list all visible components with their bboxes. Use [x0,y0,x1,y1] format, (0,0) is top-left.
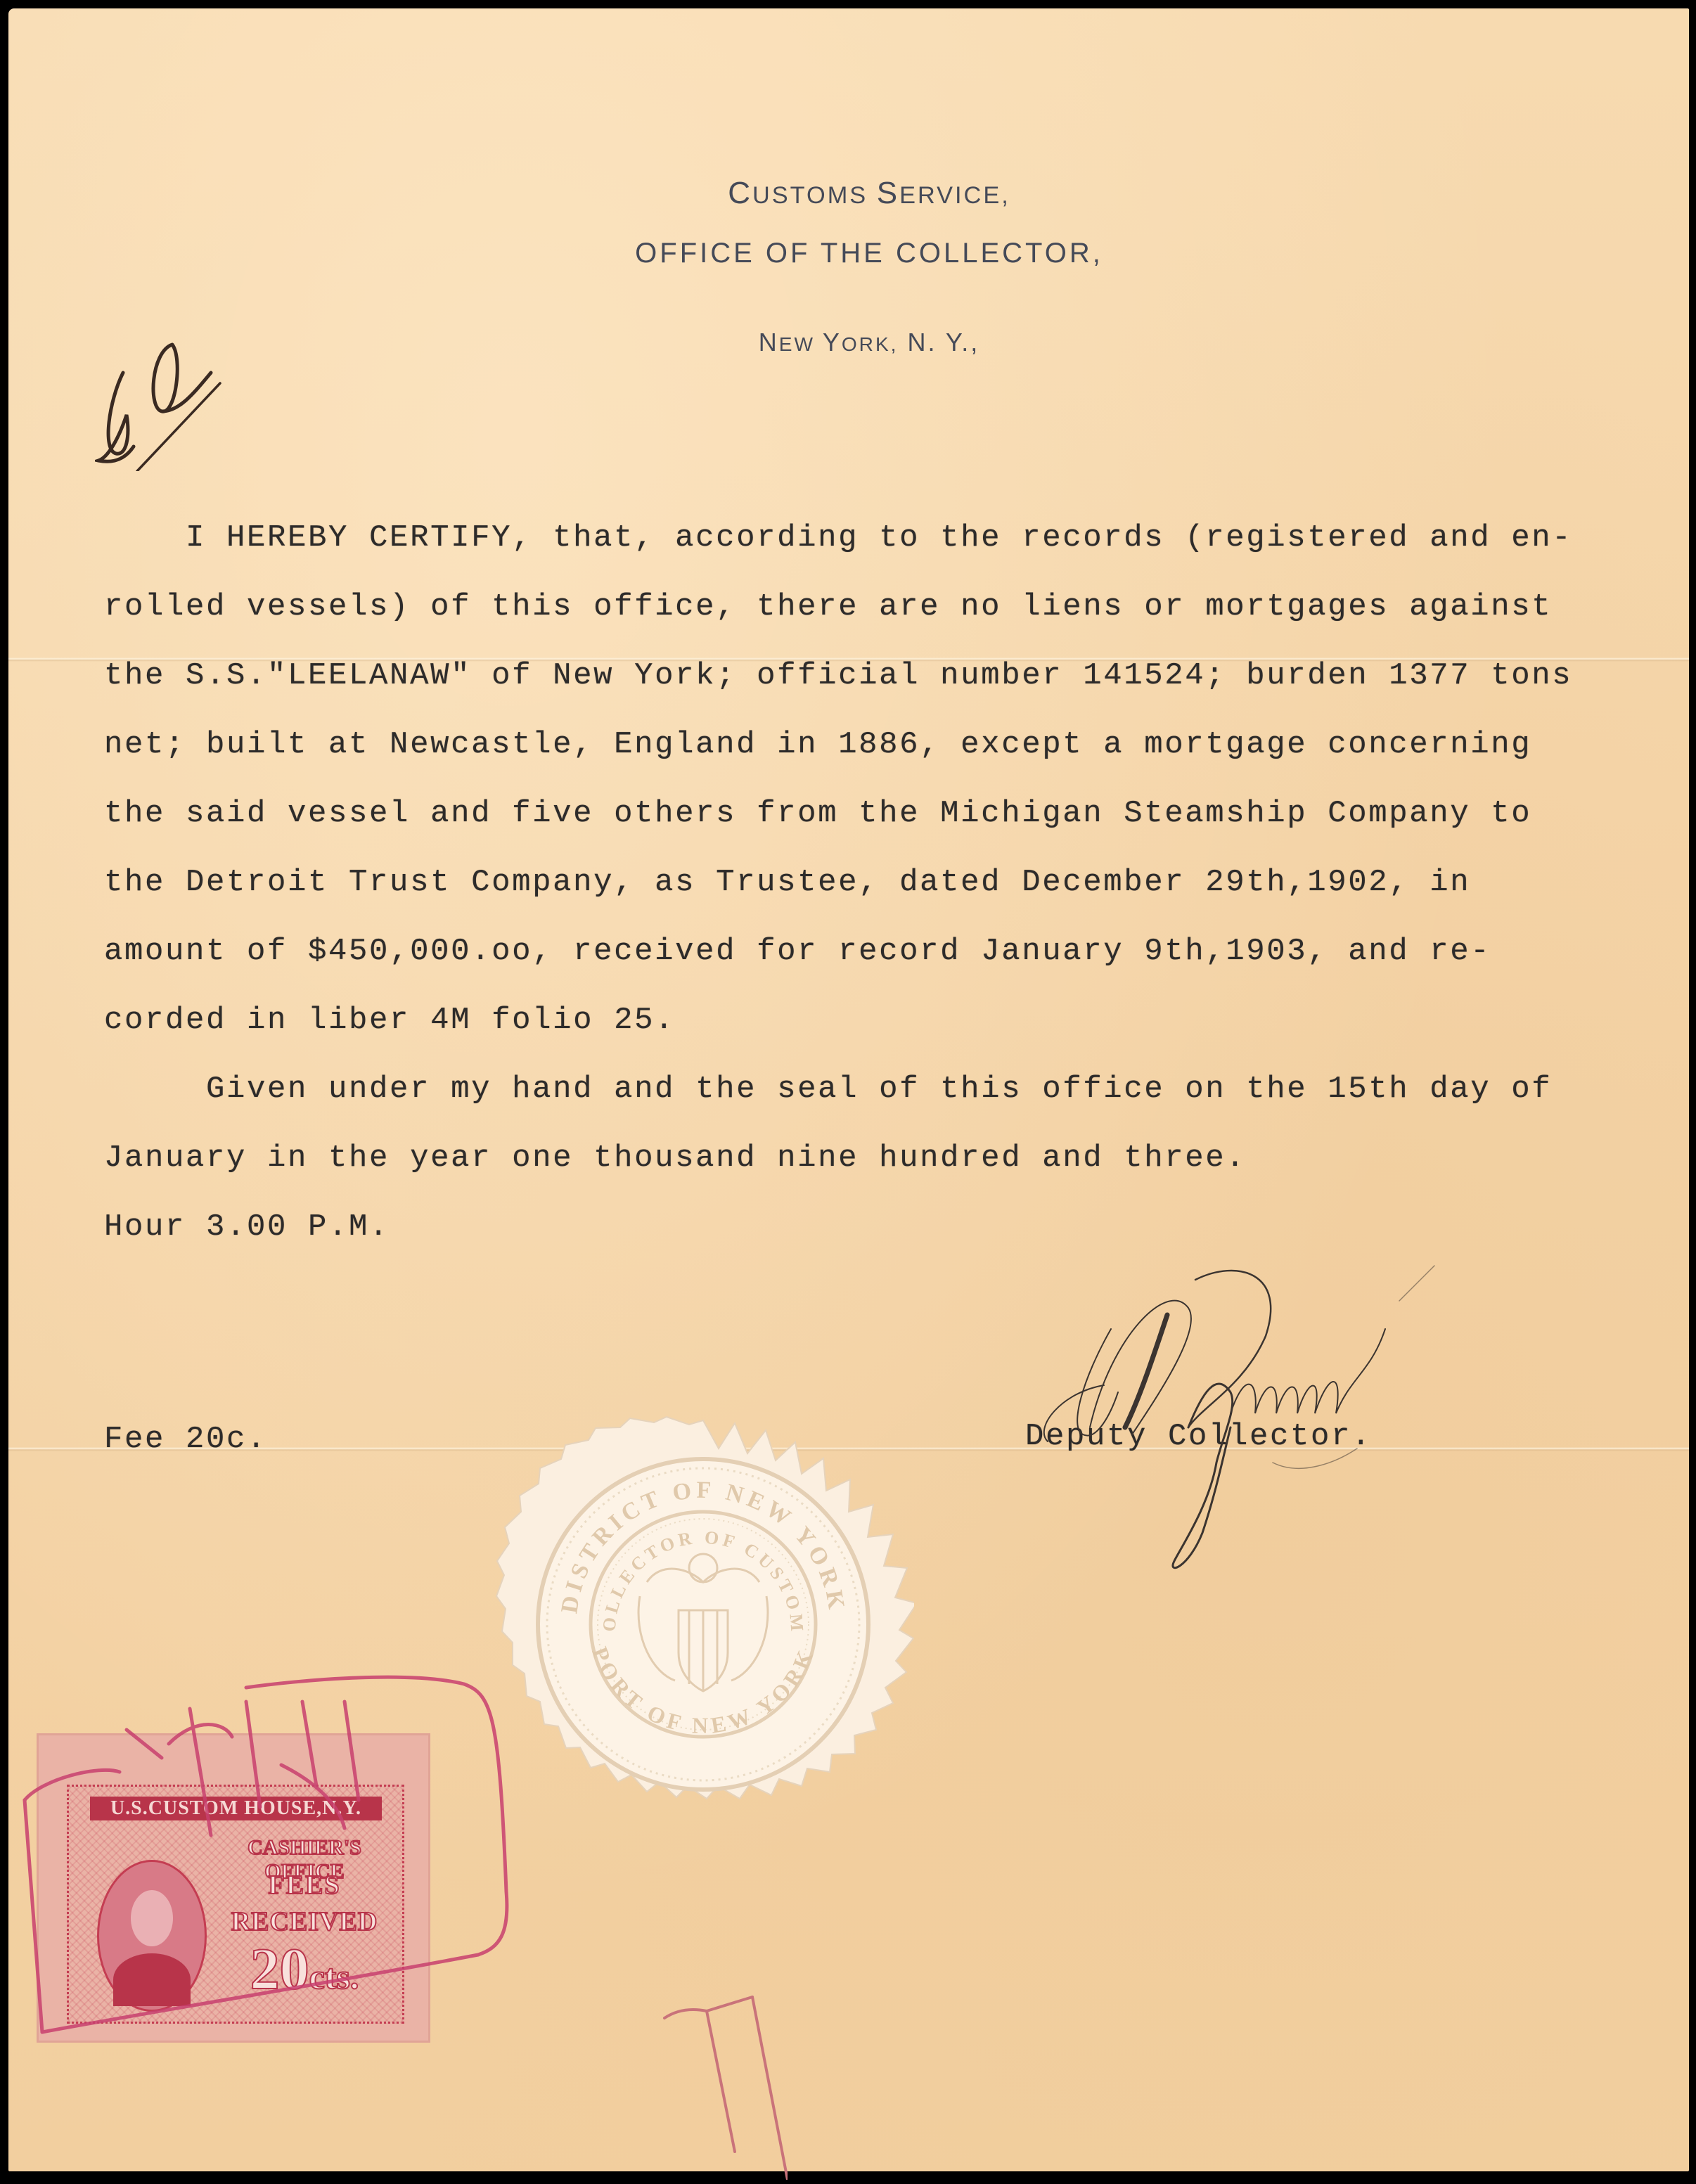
fee-label: Fee 20c. [104,1422,267,1457]
handwritten-initials-icon [95,295,221,471]
certificate-line: amount of $450,000.oo, received for reco… [104,934,1491,969]
letterhead-text: C [728,176,752,210]
letterhead-text: EW [779,333,823,355]
certificate-line: net; built at Newcastle, England in 1886… [104,727,1531,762]
letterhead-text: N [759,328,779,356]
certificate-line: the said vessel and five others from the… [104,796,1531,831]
letterhead-location: NEW YORK, N. Y., [0,328,1696,357]
certificate-line: January in the year one thousand nine hu… [104,1141,1246,1176]
signature-icon [1006,1252,1456,1589]
letterhead-text: USTOMS [752,182,877,209]
letterhead-customs-service: CUSTOMS SERVICE, [0,176,1696,211]
certificate-line: corded in liber 4M folio 25. [104,1003,675,1038]
letterhead-office: OFFICE OF THE COLLECTOR, [0,238,1696,269]
embossed-seal-icon: DISTRICT OF NEW YORK COLLECTOR OF CUSTOM… [492,1413,914,1835]
certificate-line: rolled vessels) of this office, there ar… [104,589,1552,624]
letterhead-text: ERVICE, [899,182,1010,209]
letterhead-text: ORK, [842,333,899,355]
red-pencil-mark-icon [633,1976,788,2180]
letterhead-text: Y [823,328,842,356]
letterhead-text: N. Y., [898,328,979,356]
certificate-line: Given under my hand and the seal of this… [104,1072,1552,1107]
cancellation-mark-icon [14,1659,520,2081]
letterhead-text: S [877,176,899,210]
certificate-line: I HEREBY CERTIFY, that, according to the… [104,520,1572,555]
certificate-line: the Detroit Trust Company, as Trustee, d… [104,865,1470,900]
certificate-line: the S.S."LEELANAW" of New York; official… [104,658,1572,693]
certificate-line-hour: Hour 3.00 P.M. [104,1209,390,1245]
